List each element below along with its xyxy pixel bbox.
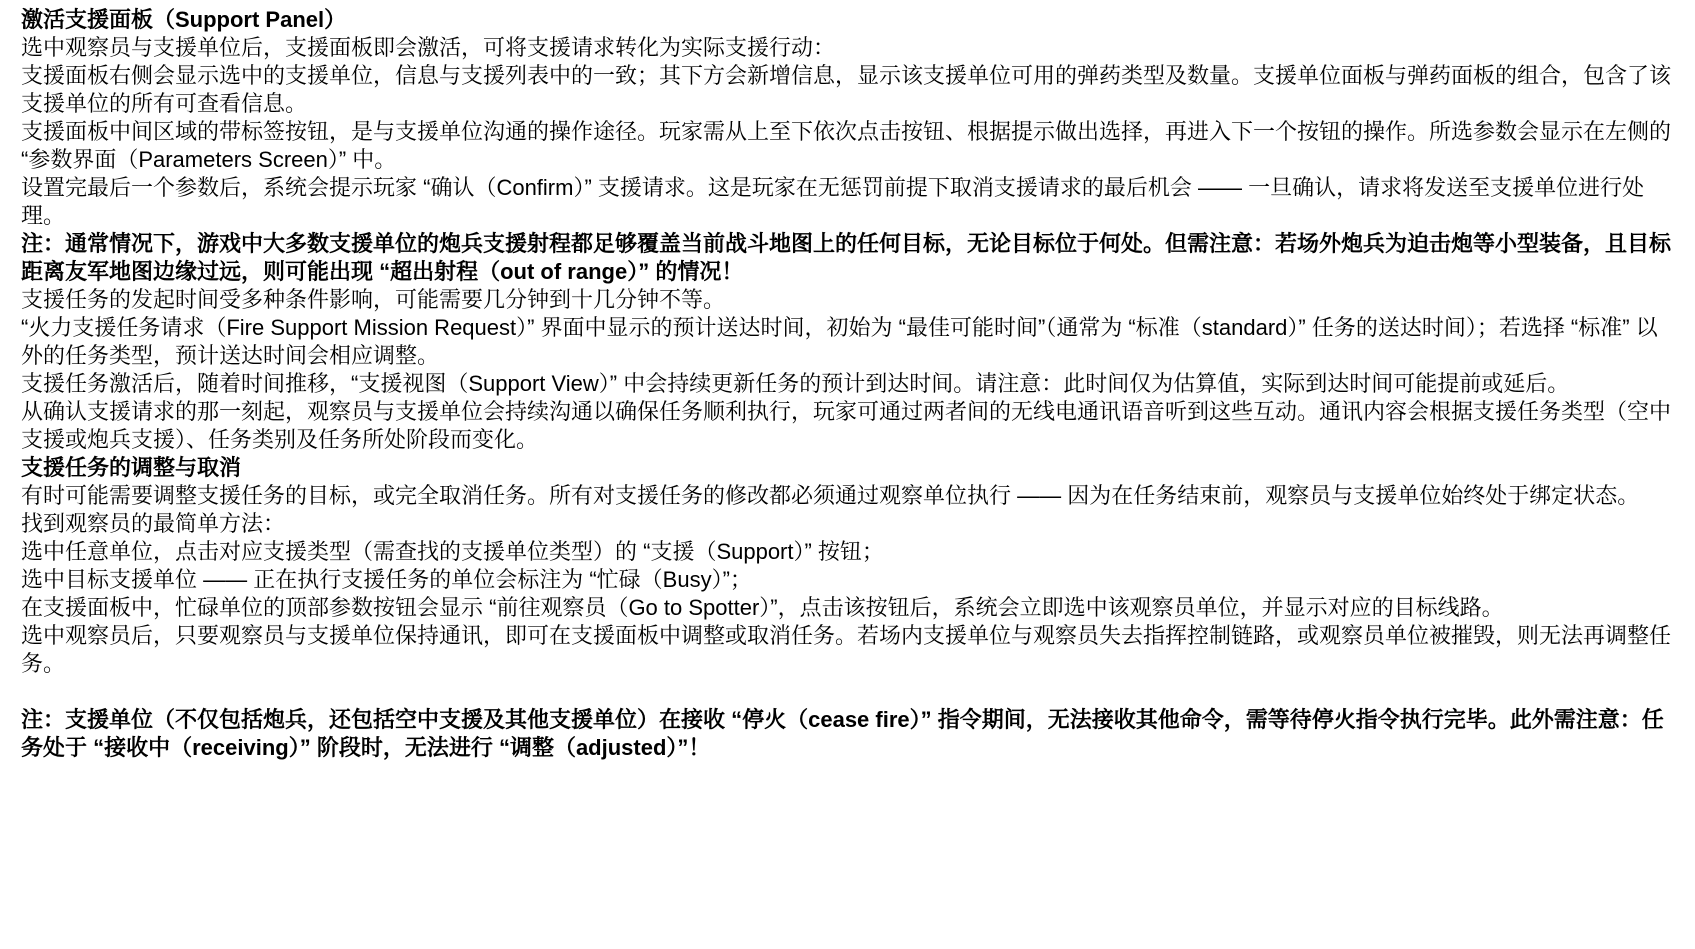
heading-activate-support-panel: 激活支援面板（Support Panel） [21, 6, 1675, 34]
blank-line-spacer [21, 678, 1675, 706]
note-out-of-range: 注：通常情况下，游戏中大多数支援单位的炮兵支援射程都足够覆盖当前战斗地图上的任何… [21, 230, 1675, 286]
document-page: { "document": { "language": "zh-CN", "ba… [0, 0, 1695, 949]
para-support-panel-right-side: 支援面板右侧会显示选中的支援单位，信息与支援列表中的一致；其下方会新增信息，显示… [21, 62, 1675, 118]
para-fire-support-request-eta: “火力支援任务请求（Fire Support Mission Request）”… [21, 314, 1675, 370]
para-support-view-eta-update: 支援任务激活后，随着时间推移，“支援视图（Support View）” 中会持续… [21, 370, 1675, 398]
heading-adjust-cancel-mission: 支援任务的调整与取消 [21, 454, 1675, 482]
para-mission-start-time: 支援任务的发起时间受多种条件影响，可能需要几分钟到十几分钟不等。 [21, 286, 1675, 314]
note-cease-fire-receiving: 注：支援单位（不仅包括炮兵，还包括空中支援及其他支援单位）在接收 “停火（cea… [21, 706, 1675, 762]
para-confirm-request: 设置完最后一个参数后，系统会提示玩家 “确认（Confirm）” 支援请求。这是… [21, 174, 1675, 230]
para-find-spotter-method: 找到观察员的最简单方法： [21, 510, 1675, 538]
manual-text-body: 激活支援面板（Support Panel） 选中观察员与支援单位后，支援面板即会… [0, 0, 1695, 762]
para-adjust-conditions: 选中观察员后，只要观察员与支援单位保持通讯，即可在支援面板中调整或取消任务。若场… [21, 622, 1675, 678]
para-step-go-to-spotter: 在支援面板中，忙碌单位的顶部参数按钮会显示 “前往观察员（Go to Spott… [21, 594, 1675, 622]
para-step-support-button: 选中任意单位，点击对应支援类型（需查找的支援单位类型）的 “支援（Support… [21, 538, 1675, 566]
para-middle-labeled-buttons: 支援面板中间区域的带标签按钮，是与支援单位沟通的操作途径。玩家需从上至下依次点击… [21, 118, 1675, 174]
para-radio-communications: 从确认支援请求的那一刻起，观察员与支援单位会持续沟通以确保任务顺利执行，玩家可通… [21, 398, 1675, 454]
para-step-busy-unit: 选中目标支援单位 —— 正在执行支援任务的单位会标注为 “忙碌（Busy）”； [21, 566, 1675, 594]
para-adjust-via-spotter: 有时可能需要调整支援任务的目标，或完全取消任务。所有对支援任务的修改都必须通过观… [21, 482, 1675, 510]
para-activation-intro: 选中观察员与支援单位后，支援面板即会激活，可将支援请求转化为实际支援行动： [21, 34, 1675, 62]
